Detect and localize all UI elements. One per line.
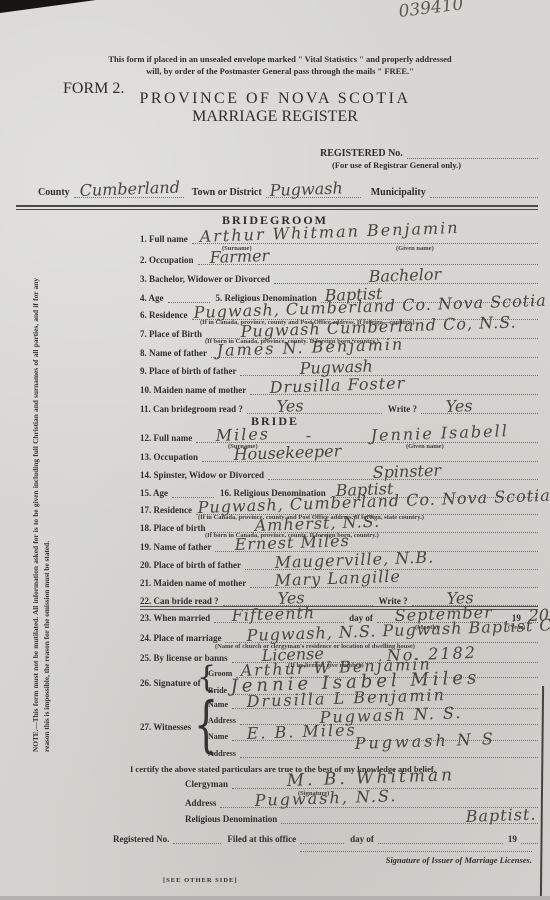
when-married-label: 23. When married [140, 613, 214, 623]
groom-fullname-label: 1. Full name [140, 234, 192, 244]
witness1-name-label: Name [208, 700, 232, 709]
registered-no-label: REGISTERED No. [320, 148, 407, 159]
place-of-marriage-line: Pugwash, N.S. Pugwash Baptist Church [225, 631, 538, 643]
mail-notice-line1: This form if placed in an unsealed envel… [70, 53, 490, 65]
bride-fullname-line: Miles - Jennie Isabell [196, 431, 538, 443]
bride-occupation-label: 13. Occupation [140, 452, 202, 462]
groom-mother-value: Drusilla Foster [270, 373, 406, 397]
clergyman-label: Clergyman [185, 779, 232, 789]
bride-father-birthplace-label: 20. Place of birth of father [140, 560, 245, 570]
bride-age-label: 15. Age [140, 488, 172, 498]
registered-label: Registered No. [113, 834, 173, 844]
groom-occupation-value: Farmer [209, 246, 269, 267]
groom-father-line: James N. Benjamin [211, 346, 538, 358]
groom-residence-label: 6. Residence [140, 310, 192, 320]
filed-value-line [300, 832, 344, 844]
registrar-note: (For use of Registrar General only.) [332, 160, 461, 170]
county-label: County [38, 187, 74, 198]
bride-occupation-value: Housekeeper [233, 441, 341, 464]
groom-given-hint: (Given name) [396, 245, 434, 252]
groom-fullname-line: Arthur Whitman Benjamin [192, 232, 538, 244]
witness1-address-label: Address [208, 716, 240, 725]
scan-edge-line [540, 686, 544, 898]
bride-mother-label: 21. Maiden name of mother [140, 578, 250, 588]
clergyman-address: Pugwash, N.S. [255, 786, 398, 810]
header-rule [16, 205, 538, 210]
clergyman-address-label: Address [185, 798, 220, 808]
municipality-label: Municipality [361, 187, 430, 198]
registered-value-line [173, 832, 221, 844]
groom-write-label: Write ? [382, 404, 421, 414]
bride-age-line [172, 486, 214, 498]
groom-age-line [168, 291, 210, 303]
town-line: Pugwash [266, 186, 361, 198]
registered-no-line [407, 147, 538, 159]
groom-age-label: 4. Age [140, 293, 168, 303]
scan-bottom-band [0, 896, 550, 900]
place-of-marriage-label: 24. Place of marriage [140, 633, 225, 643]
filed-day-of-label: day of [344, 834, 378, 844]
see-other-side: [SEE OTHER SIDE] [163, 877, 238, 884]
witness2-name: E. B. Miles [246, 720, 357, 743]
bride-write-label: Write ? [373, 596, 412, 606]
witness2-name-label: Name [208, 732, 232, 741]
mail-notice-line2: will, by order of the Postmaster General… [70, 65, 490, 77]
filed-year-printed: 19 [503, 834, 521, 844]
groom-birthplace-label: 7. Place of Birth [140, 329, 206, 339]
bride-occupation-line: Housekeeper [202, 450, 538, 462]
married-day-line: Fifteenth [214, 611, 344, 623]
issuer-caption: Signature of Issuer of Marriage Licenses… [300, 855, 532, 865]
groom-occupation-line: Farmer [198, 253, 538, 265]
clergyman-denomination-line: Baptist. [281, 812, 538, 824]
license-banns-label: 25. By license or banns [140, 653, 232, 663]
issuer-signature-line [300, 850, 532, 852]
bride-given-value: Jennie Isabell [371, 421, 510, 445]
signature-of-label: 26. Signature of [140, 678, 201, 688]
bride-fullname-label: 12. Full name [140, 433, 196, 443]
town-label: Town or District [184, 187, 266, 198]
page-title: MARRIAGE REGISTER [0, 108, 550, 126]
scan-corner-artifact [0, 0, 96, 13]
filed-day-line [378, 832, 503, 844]
groom-read-label: 11. Can bridegroom read ? [140, 404, 247, 414]
bride-status-label: 14. Spinster, Widow or Divorced [140, 470, 268, 480]
groom-status-label: 3. Bachelor, Widower or Divorced [140, 274, 274, 284]
groom-write-line: Yes [421, 402, 538, 414]
groom-read-line: Yes [247, 402, 382, 414]
county-value: Cumberland [79, 178, 180, 200]
clergyman-denomination: Baptist. [466, 805, 537, 826]
groom-father-label: 8. Name of father [140, 348, 211, 358]
bride-surname-value: Miles [216, 424, 271, 445]
bride-read-label: 22. Can bride read ? [140, 596, 223, 606]
groom-occupation-label: 2. Occupation [140, 255, 198, 265]
bride-mother-value: Mary Langille [275, 567, 402, 590]
groom-status-line: Bachelor [274, 272, 538, 284]
married-day-value: Fifteenth [231, 603, 315, 625]
witness2-address-line: Pugwash N S [240, 746, 538, 758]
county-line: Cumberland [74, 186, 184, 198]
bride-residence-label: 17. Residence [140, 505, 196, 515]
serial-number: 039410 [398, 0, 465, 22]
groom-status-value: Bachelor [368, 264, 441, 286]
witness2-address-label: Address [208, 749, 240, 758]
province-title: PROVINCE OF NOVA SCOTIA [0, 90, 550, 108]
bride-father-label: 19. Name of father [140, 542, 215, 552]
bride-given-hint: (Given name) [406, 443, 444, 450]
groom-mother-label: 10. Maiden name of mother [140, 385, 250, 395]
witnesses-label: 27. Witnesses [140, 722, 191, 732]
groom-read-value: Yes [276, 396, 304, 416]
witness2-address: Pugwash N S [354, 729, 496, 753]
filed-label: Filed at this office [221, 834, 300, 844]
groom-mother-line: Drusilla Foster [250, 383, 538, 395]
groom-write-value: Yes [445, 396, 473, 416]
side-note: NOTE.—This form must not be mutilated. A… [30, 278, 53, 752]
town-value: Pugwash [269, 178, 343, 200]
groom-father-birthplace-label: 9. Place of birth of father [140, 366, 240, 376]
clergyman-denomination-label: Religious Denomination [185, 814, 281, 824]
bride-status-line: Spinster [268, 468, 538, 480]
municipality-line [430, 186, 538, 198]
bride-mother-line: Mary Langille [250, 576, 538, 588]
marriage-register-scan: 039410 This form if placed in an unseale… [0, 0, 550, 900]
filed-year-line [521, 832, 538, 844]
bride-birthplace-label: 18. Place of birth [140, 523, 210, 533]
